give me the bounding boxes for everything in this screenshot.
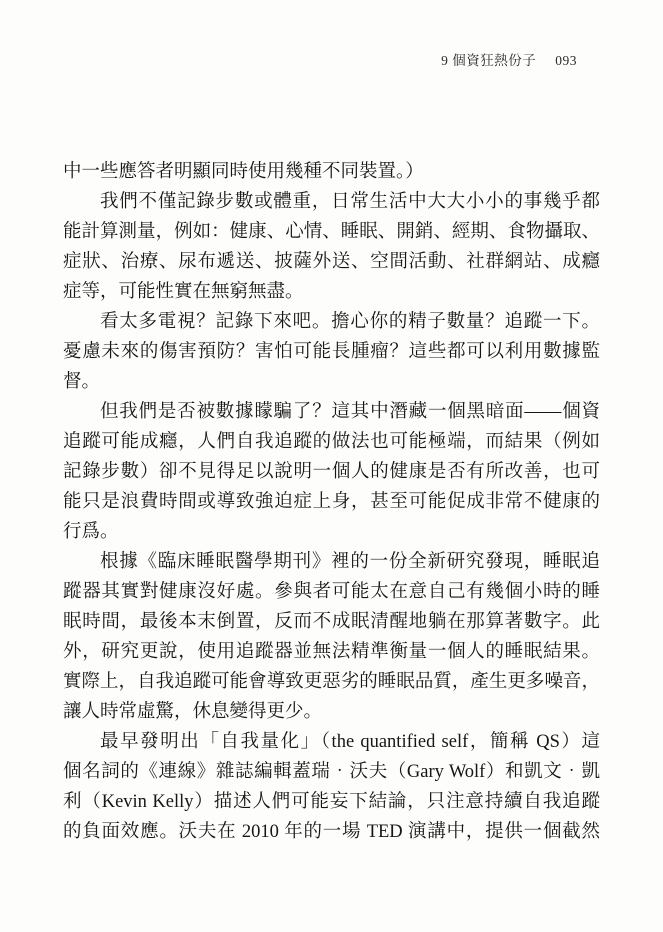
text-line: 利（Kevin Kelly）描述人們可能妄下結論，只注意持續自我追蹤 bbox=[63, 787, 600, 817]
text-line: 能只是浪費時間或導致強迫症上身，甚至可能促成非常不健康的 bbox=[63, 487, 600, 517]
text-line: 憂慮未來的傷害預防？害怕可能長腫瘤？這些都可以利用數據監 bbox=[63, 337, 600, 367]
book-page: 9 個資狂熱份子 093 中一些應答者明顯同時使用幾種不同裝置。）我們不僅記錄步… bbox=[0, 0, 663, 932]
text-line: 症等，可能性實在無窮無盡。 bbox=[63, 277, 600, 307]
chapter-title: 9 個資狂熱份子 bbox=[441, 53, 536, 69]
text-line: 眠時間，最後本末倒置，反而不成眠清醒地躺在那算著數字。此 bbox=[63, 607, 600, 637]
text-line: 督。 bbox=[63, 367, 600, 397]
text-line: 但我們是否被數據矇騙了？這其中潛藏一個黑暗面——個資 bbox=[63, 397, 600, 427]
text-line: 中一些應答者明顯同時使用幾種不同裝置。） bbox=[63, 157, 600, 187]
text-line: 個名詞的《連線》雜誌編輯蓋瑞‧沃夫（Gary Wolf）和凱文‧凱 bbox=[63, 757, 600, 787]
text-line: 最早發明出「自我量化」（the quantified self，簡稱 QS）這 bbox=[63, 727, 600, 757]
running-header: 9 個資狂熱份子 093 bbox=[0, 53, 577, 69]
text-line: 行爲。 bbox=[63, 517, 600, 547]
page-number: 093 bbox=[555, 53, 577, 69]
text-line: 的負面效應。沃夫在 2010 年的一場 TED 演講中，提供一個截然 bbox=[63, 817, 600, 847]
text-line: 蹤器其實對健康沒好處。參與者可能太在意自己有幾個小時的睡 bbox=[63, 577, 600, 607]
text-line: 實際上，自我追蹤可能會導致更惡劣的睡眠品質，產生更多噪音， bbox=[63, 667, 600, 697]
text-line: 我們不僅記錄步數或體重，日常生活中大大小小的事幾乎都 bbox=[63, 187, 600, 217]
text-line: 能計算測量，例如：健康、心情、睡眠、開銷、經期、食物攝取、 bbox=[63, 217, 600, 247]
text-line: 記錄步數）卻不見得足以說明一個人的健康是否有所改善，也可 bbox=[63, 457, 600, 487]
text-line: 看太多電視？記錄下來吧。擔心你的精子數量？追蹤一下。 bbox=[63, 307, 600, 337]
text-line: 症狀、治療、尿布遞送、披薩外送、空間活動、社群網站、成癮 bbox=[63, 247, 600, 277]
text-line: 追蹤可能成癮，人們自我追蹤的做法也可能極端，而結果（例如 bbox=[63, 427, 600, 457]
text-line: 根據《臨床睡眠醫學期刊》裡的一份全新研究發現，睡眠追 bbox=[63, 547, 600, 577]
body-text: 中一些應答者明顯同時使用幾種不同裝置。）我們不僅記錄步數或體重，日常生活中大大小… bbox=[63, 157, 600, 847]
text-line: 讓人時常虛驚，休息變得更少。 bbox=[63, 697, 600, 727]
text-line: 外，研究更說，使用追蹤器並無法精準衡量一個人的睡眠結果。 bbox=[63, 637, 600, 667]
